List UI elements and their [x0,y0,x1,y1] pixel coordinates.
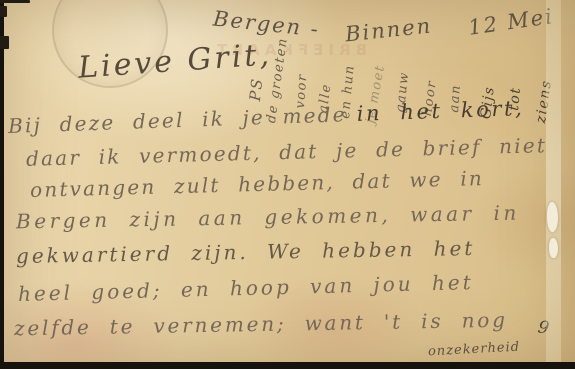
worn-edge-strip [546,0,561,369]
scan-edge-mark [0,0,30,3]
worn-patch [549,238,558,258]
scanned-postcard: BRIEFKAART Bergen - Binnen 12 Mei Lieve … [0,0,575,369]
ps-word: PS [246,77,266,102]
scan-edge-mark [0,36,9,49]
worn-patch [547,202,558,232]
scan-edge-bottom [0,362,575,369]
scan-edge-left [0,0,4,369]
scan-edge-mark [0,6,7,17]
